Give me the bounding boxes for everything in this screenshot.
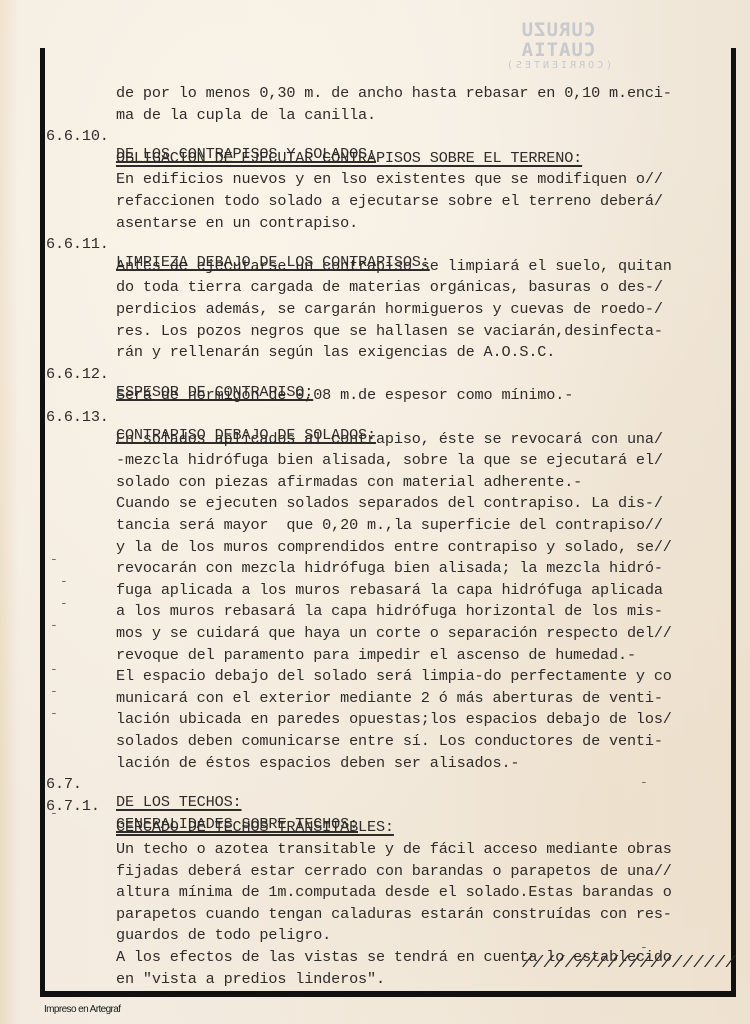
margin-dash: - [640,775,648,790]
subsection-title: CERCADO DE TECHOS TRANSITABLES: [116,818,394,836]
margin-dash: - [50,618,58,633]
printer-imprint: Impreso en Artegraf [44,1004,120,1015]
subsection-title: OBLIGACION DE EJECUTAR CONTRAPISOS SOBRE… [116,149,582,167]
margin-dash: - [50,706,58,721]
margin-dash: - [50,806,58,821]
margin-dash: - [50,552,58,567]
section-number: 6.6.12. [46,365,109,383]
margin-dash: - [50,684,58,699]
margin-dash: - [50,662,58,677]
section-number: 6.6.13. [46,408,109,426]
margin-dash: - [60,574,68,589]
section-title: DE LOS TECHOS: [116,793,242,811]
section-number: 6.6.10. [46,127,109,145]
text-line: en "vista a predios linderos". [0,952,54,1006]
document-page: CURUZU CUATIA (CORRIENTES) de por lo men… [0,0,750,1024]
margin-dash: - [640,940,648,955]
end-of-text-marker: //////////////////// [522,954,736,973]
margin-dash: - [60,596,68,611]
section-number: 6.6.11. [46,235,109,253]
